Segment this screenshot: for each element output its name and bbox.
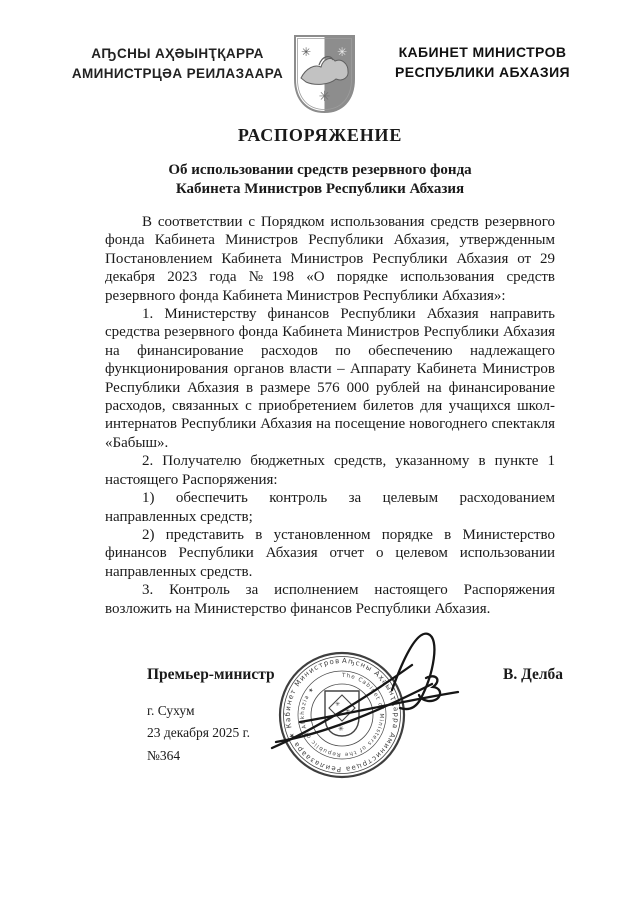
handwritten-signature-icon — [258, 622, 468, 762]
document-subject: Об использовании средств резервного фонд… — [0, 161, 640, 199]
document-type-title: РАСПОРЯЖЕНИЕ — [0, 125, 640, 146]
signing-place: г. Сухум — [147, 703, 195, 719]
paragraph-item-2-sub-2: 2) представить в установленном порядке в… — [105, 526, 555, 581]
org-name-russian: КАБИНЕТ МИНИСТРОВ РЕСПУБЛИКИ АБХАЗИЯ — [385, 42, 580, 82]
paragraph-item-3: 3. Контроль за исполнением настоящего Ра… — [105, 581, 555, 618]
signatory-name: В. Делба — [503, 666, 563, 684]
org-name-abkhaz-line1: АҦСНЫ АҲӘЫНҬҚАРРА — [55, 44, 300, 64]
svg-text:✳: ✳ — [301, 45, 311, 59]
org-name-russian-line1: КАБИНЕТ МИНИСТРОВ — [385, 42, 580, 62]
document-page: АҦСНЫ АҲӘЫНҬҚАРРА АМИНИСТРЦӘА РЕИЛАЗААРА… — [0, 0, 640, 905]
svg-text:✳: ✳ — [319, 89, 331, 105]
org-name-abkhaz: АҦСНЫ АҲӘЫНҬҚАРРА АМИНИСТРЦӘА РЕИЛАЗААРА — [55, 44, 300, 84]
signing-date: 23 декабря 2025 г. — [147, 725, 250, 741]
paragraph-preamble: В соответствии с Порядком использования … — [105, 213, 555, 305]
org-name-russian-line2: РЕСПУБЛИКИ АБХАЗИЯ — [385, 62, 580, 82]
paragraph-item-2: 2. Получателю бюджетных средств, указанн… — [105, 452, 555, 489]
paragraph-item-2-sub-1: 1) обеспечить контроль за целевым расход… — [105, 489, 555, 526]
signatory-title: Премьер-министр — [147, 666, 275, 684]
paragraph-item-1: 1. Министерству финансов Республики Абха… — [105, 305, 555, 452]
document-number: №364 — [147, 748, 180, 764]
document-subject-line1: Об использовании средств резервного фонд… — [0, 161, 640, 180]
document-body: В соответствии с Порядком использования … — [105, 213, 555, 618]
svg-text:✳: ✳ — [337, 45, 347, 59]
abkhazia-coat-of-arms-icon: ✳ ✳ ✳ — [291, 33, 358, 115]
document-subject-line2: Кабинета Министров Республики Абхазия — [0, 180, 640, 199]
org-name-abkhaz-line2: АМИНИСТРЦӘА РЕИЛАЗААРА — [55, 64, 300, 84]
